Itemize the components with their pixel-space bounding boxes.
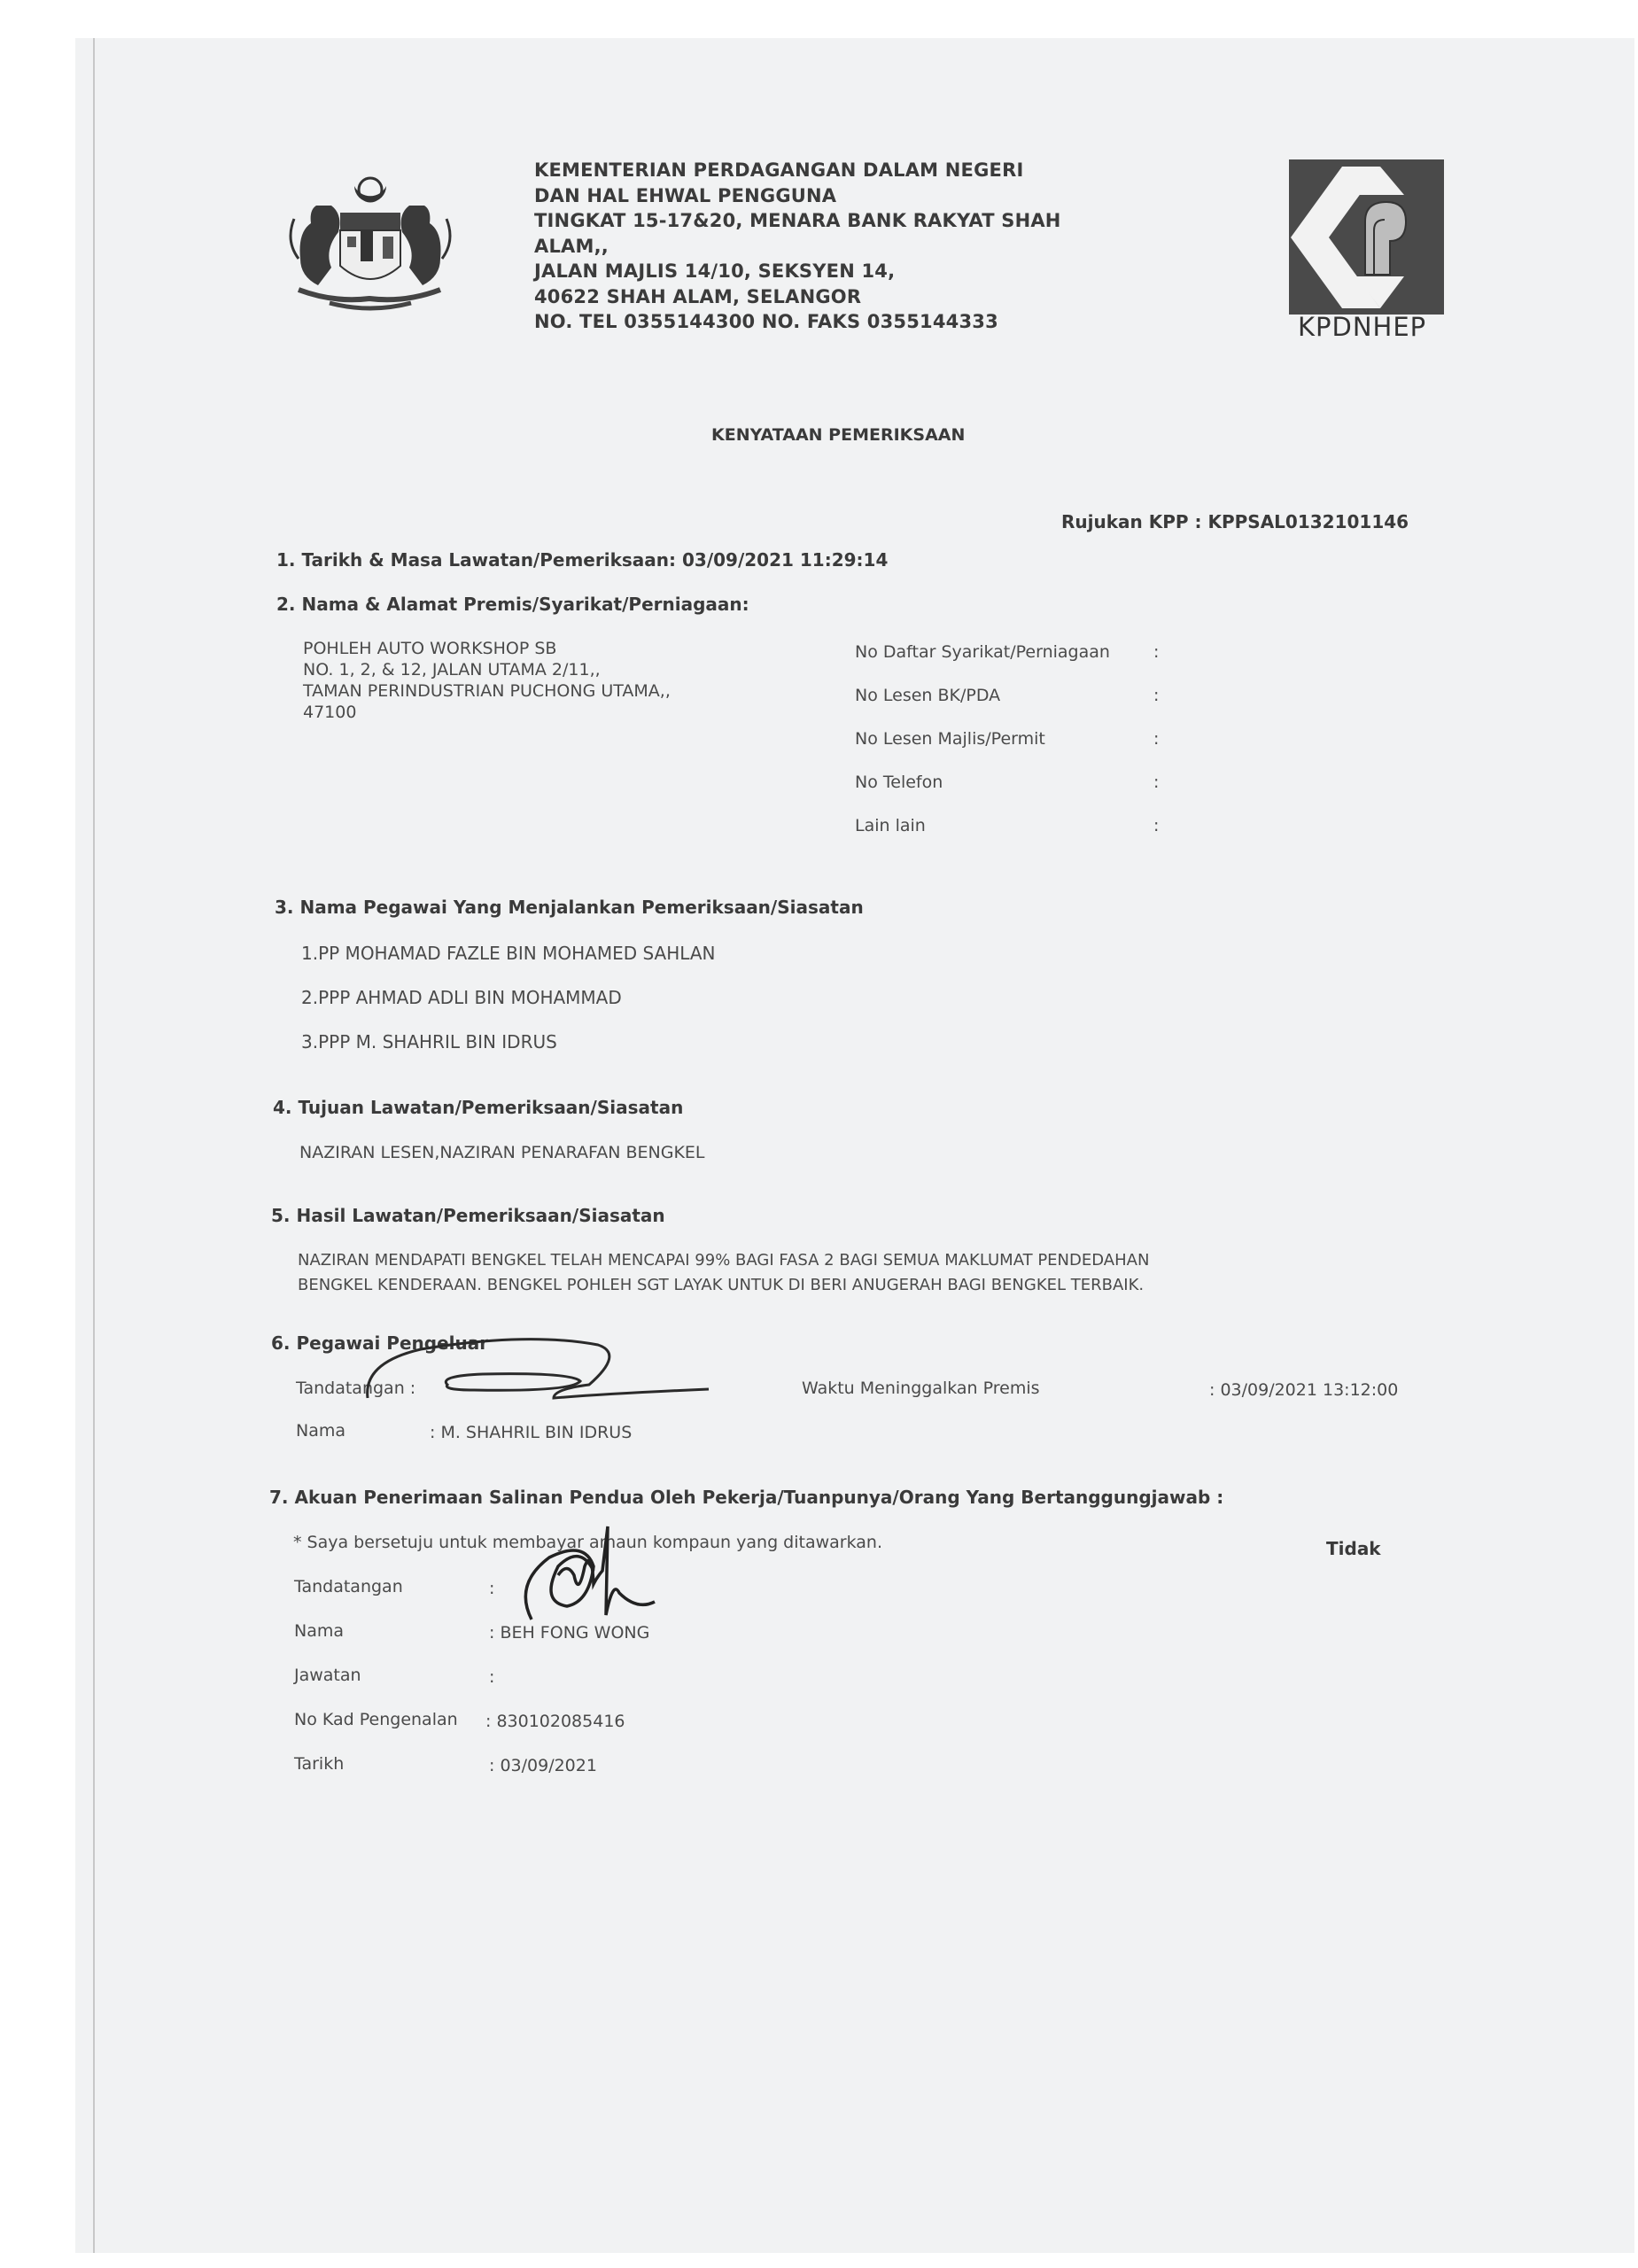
recipient-date-label: Tarikh	[294, 1754, 344, 1774]
recipient-date-value: : 03/09/2021	[489, 1756, 597, 1775]
section-5-line: NAZIRAN MENDAPATI BENGKEL TELAH MENCAPAI…	[298, 1251, 1149, 1270]
leave-time-label: Waktu Meninggalkan Premis	[802, 1379, 1040, 1398]
address-line: TAMAN PERINDUSTRIAN PUCHONG UTAMA,,	[303, 680, 671, 702]
recipient-ic-label: No Kad Pengenalan	[294, 1710, 458, 1729]
section-5-line: BENGKEL KENDERAAN. BENGKEL POHLEH SGT LA…	[298, 1276, 1144, 1294]
section-3-label: 3. Nama Pegawai Yang Menjalankan Pemerik…	[275, 897, 864, 918]
compound-agreement-value: Tidak	[1326, 1538, 1381, 1559]
field-company-reg-label: No Daftar Syarikat/Perniagaan	[855, 642, 1110, 662]
address-line: NO. 1, 2, & 12, JALAN UTAMA 2/11,,	[303, 659, 671, 680]
recipient-position-value: :	[489, 1667, 494, 1687]
leave-time-value: : 03/09/2021 13:12:00	[1209, 1380, 1398, 1400]
issuer-name-value: : M. SHAHRIL BIN IDRUS	[430, 1423, 632, 1442]
section-1-value: 03/09/2021 11:29:14	[682, 549, 888, 571]
field-bk-pda-label: No Lesen BK/PDA	[855, 686, 1000, 705]
section-4-label: 4. Tujuan Lawatan/Pemeriksaan/Siasatan	[273, 1097, 683, 1118]
document-title: KENYATAAN PEMERIKSAAN	[711, 425, 965, 445]
field-company-reg-sep: :	[1153, 642, 1159, 662]
officer-item: 3.PPP M. SHAHRIL BIN IDRUS	[301, 1031, 557, 1052]
reference-value: KPPSAL0132101146	[1207, 511, 1409, 532]
issuer-name-label: Nama	[296, 1421, 345, 1441]
ministry-line: 40622 SHAH ALAM, SELANGOR	[534, 284, 1061, 310]
recipient-signature-sep: :	[489, 1579, 494, 1598]
officer-item: 1.PP MOHAMAD FAZLE BIN MOHAMED SAHLAN	[301, 943, 716, 964]
premises-address: POHLEH AUTO WORKSHOP SB NO. 1, 2, & 12, …	[303, 638, 671, 723]
section-2-label: 2. Nama & Alamat Premis/Syarikat/Perniag…	[276, 594, 749, 615]
ministry-address-block: KEMENTERIAN PERDAGANGAN DALAM NEGERI DAN…	[534, 158, 1061, 335]
section-1-label: 1. Tarikh & Masa Lawatan/Pemeriksaan:	[276, 549, 676, 571]
recipient-position-label: Jawatan	[294, 1666, 361, 1685]
ministry-line: DAN HAL EHWAL PENGGUNA	[534, 183, 1061, 209]
field-telephone-sep: :	[1153, 773, 1159, 792]
section-5-label: 5. Hasil Lawatan/Pemeriksaan/Siasatan	[271, 1205, 665, 1226]
recipient-signature-icon	[496, 1522, 709, 1632]
field-council-permit-label: No Lesen Majlis/Permit	[855, 729, 1045, 749]
field-other-sep: :	[1153, 816, 1159, 835]
kpdnhep-logo-text: KPDNHEP	[1298, 312, 1426, 342]
section-4-value: NAZIRAN LESEN,NAZIRAN PENARAFAN BENGKEL	[299, 1143, 705, 1162]
malaysia-coat-of-arms-icon	[276, 170, 464, 319]
field-other-label: Lain lain	[855, 816, 926, 835]
reference-label: Rujukan KPP :	[1061, 511, 1202, 532]
reference-number: Rujukan KPP : KPPSAL0132101146	[1061, 511, 1409, 532]
address-line: POHLEH AUTO WORKSHOP SB	[303, 638, 671, 659]
recipient-name-label: Nama	[294, 1621, 344, 1641]
ministry-line: JALAN MAJLIS 14/10, SEKSYEN 14,	[534, 259, 1061, 284]
recipient-ic-value: : 830102085416	[485, 1712, 625, 1731]
field-bk-pda-sep: :	[1153, 686, 1159, 705]
kpdnhep-logo-icon	[1289, 159, 1444, 315]
section-7-label: 7. Akuan Penerimaan Salinan Pendua Oleh …	[269, 1487, 1223, 1508]
ministry-line: KEMENTERIAN PERDAGANGAN DALAM NEGERI	[534, 158, 1061, 183]
address-line: 47100	[303, 702, 671, 723]
field-telephone-label: No Telefon	[855, 773, 943, 792]
ministry-line: TINGKAT 15-17&20, MENARA BANK RAKYAT SHA…	[534, 208, 1061, 234]
recipient-name-value: : BEH FONG WONG	[489, 1623, 649, 1643]
recipient-signature-label: Tandatangan	[294, 1577, 403, 1596]
field-council-permit-sep: :	[1153, 729, 1159, 749]
page-edge-line	[93, 38, 95, 2253]
ministry-line: NO. TEL 0355144300 NO. FAKS 0355144333	[534, 309, 1061, 335]
ministry-line: ALAM,,	[534, 234, 1061, 260]
issuer-signature-icon	[354, 1336, 718, 1419]
officer-item: 2.PPP AHMAD ADLI BIN MOHAMMAD	[301, 987, 622, 1008]
section-1-visit-datetime: 1. Tarikh & Masa Lawatan/Pemeriksaan: 03…	[276, 549, 888, 571]
